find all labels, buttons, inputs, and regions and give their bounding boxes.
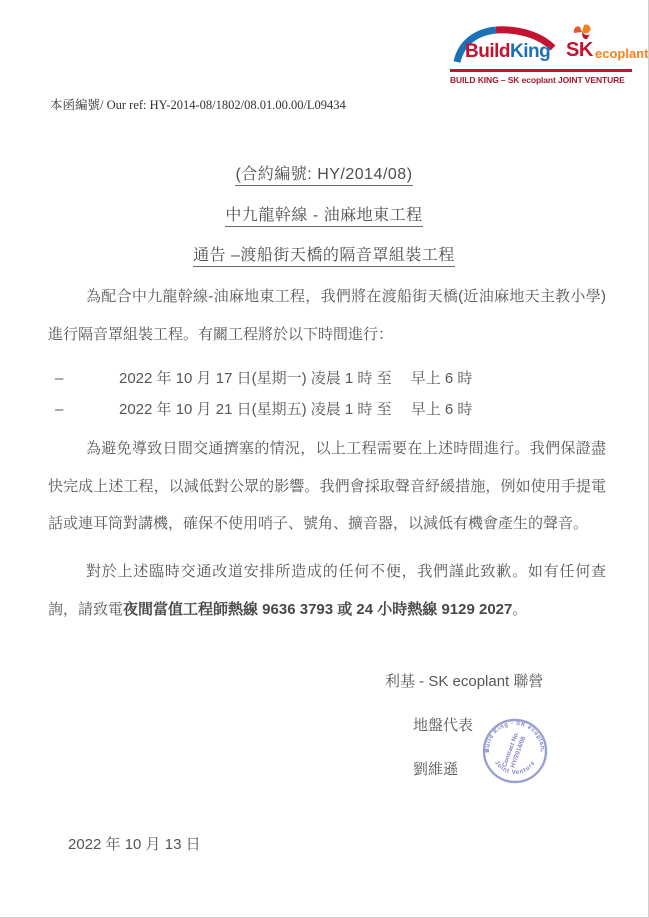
hotline-numbers: 夜間當值工程師熱線 9636 3793 或 24 小時熱線 9129 2027 (123, 601, 512, 618)
schedule-item: –2022 年 10 月 17 日(星期一) 凌晨 1 時 至 早上 6 時 (55, 364, 575, 395)
logo-ecoplant-text: ecoplant (595, 46, 648, 61)
schedule-datetime: 2022 年 10 月 21 日(星期五) 凌晨 1 時 至 早上 6 時 (119, 401, 472, 418)
paragraph-intro: 為配合中九龍幹線-油麻地東工程，我們將在渡船街天橋(近油麻地天主教小學)進行隔音… (48, 278, 606, 353)
company-logo: Build King SK ecoplant BUILD KING – SK e… (450, 26, 632, 85)
stamp-star-left: * (486, 749, 489, 756)
contract-number-title: (合約編號: HY/2014/08) (0, 161, 648, 184)
signature-name: 劉維遜 (413, 758, 458, 779)
notice-title: 通告 –渡船街天橋的隔音罩組裝工程 (0, 242, 648, 265)
logo-art: Build King SK ecoplant (450, 26, 632, 68)
our-ref-line: 本函編號/ Our ref: HY-2014-08/1802/08.01.00.… (50, 95, 346, 113)
works-schedule-list: –2022 年 10 月 17 日(星期一) 凌晨 1 時 至 早上 6 時 –… (55, 364, 575, 425)
list-dash: – (55, 395, 119, 426)
list-dash: – (55, 364, 119, 395)
stamp-star-right: * (540, 749, 543, 756)
letter-page: Build King SK ecoplant BUILD KING – SK e… (0, 0, 649, 918)
company-stamp: Build King - SK ecoplant Joint Venture *… (479, 715, 551, 787)
logo-king-text: King (510, 41, 550, 63)
logo-divider (450, 69, 632, 72)
schedule-datetime: 2022 年 10 月 17 日(星期一) 凌晨 1 時 至 早上 6 時 (119, 370, 472, 387)
logo-tagline: BUILD KING – SK ecoplant JOINT VENTURE (450, 75, 632, 85)
sentence-end: 。 (512, 601, 527, 618)
logo-sk-text: SK (566, 39, 593, 62)
letter-date: 2022 年 10 月 13 日 (68, 833, 201, 854)
paragraph-apology: 對於上述臨時交通改道安排所造成的任何不便，我們謹此致歉。如有任何查詢，請致電夜間… (48, 553, 606, 628)
paragraph-mitigation: 為避免導致日間交通擠塞的情況，以上工程需要在上述時間進行。我們保證盡快完成上述工… (48, 430, 606, 543)
project-title: 中九龍幹線 - 油麻地東工程 (0, 202, 648, 225)
logo-build-text: Build (465, 41, 510, 63)
signature-role: 地盤代表 (413, 714, 473, 735)
schedule-item: –2022 年 10 月 21 日(星期五) 凌晨 1 時 至 早上 6 時 (55, 395, 575, 426)
signature-company: 利基 - SK ecoplant 聯營 (385, 670, 543, 691)
